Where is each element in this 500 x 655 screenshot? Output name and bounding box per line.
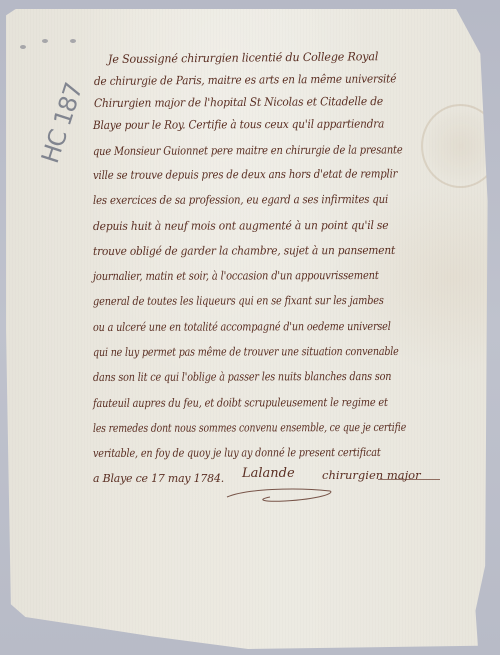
text-line: general de toutes les liqueurs qui en se… <box>93 293 384 308</box>
text-line: trouve obligé de garder la chambre, suje… <box>93 243 395 258</box>
text-line: a Blaye ce 17 may 1784. <box>93 471 224 485</box>
text-line: Blaye pour le Roy. Certifie à tous ceux … <box>93 116 384 132</box>
text-line: de chirurgie de Paris, maitre es arts en… <box>94 71 396 88</box>
archive-mark: HC 187 <box>20 118 70 198</box>
paper-hole <box>20 45 26 49</box>
text-line: Je Soussigné chirurgien licentié du Coll… <box>108 49 378 66</box>
text-line: Chirurgien major de l'hopital St Nicolas… <box>94 94 383 110</box>
text-line: depuis huit à neuf mois ont augmenté à u… <box>93 218 388 233</box>
text-line: dans son lit ce qui l'oblige à passer le… <box>93 369 391 384</box>
text-line: journalier, matin et soir, à l'occasion … <box>93 268 379 283</box>
paper-hole <box>70 39 76 43</box>
text-line: que Monsieur Guionnet pere maitre en chi… <box>93 142 403 158</box>
text-line: ville se trouve depuis pres de deux ans … <box>93 166 397 182</box>
text-line: qui ne luy permet pas même de trouver un… <box>93 344 399 359</box>
text-line: fauteuil aupres du feu, et doibt scrupul… <box>93 395 388 410</box>
text-line: les remedes dont nous sommes convenu ens… <box>93 420 406 435</box>
signature-rule <box>378 479 440 480</box>
text-line: ou a ulceré une en totalité accompagné d… <box>93 319 391 334</box>
text-line: veritable, en foy de quoy je luy ay donn… <box>93 445 381 460</box>
paper-hole <box>42 39 48 43</box>
signature: Lalande <box>242 466 295 481</box>
water-stain <box>421 104 500 188</box>
text-line: les exercices de sa profession, eu egard… <box>93 192 388 207</box>
photo-background: HC 187 Je Soussigné chirurgien licentié … <box>0 0 500 655</box>
signature-flourish-icon <box>225 485 335 505</box>
